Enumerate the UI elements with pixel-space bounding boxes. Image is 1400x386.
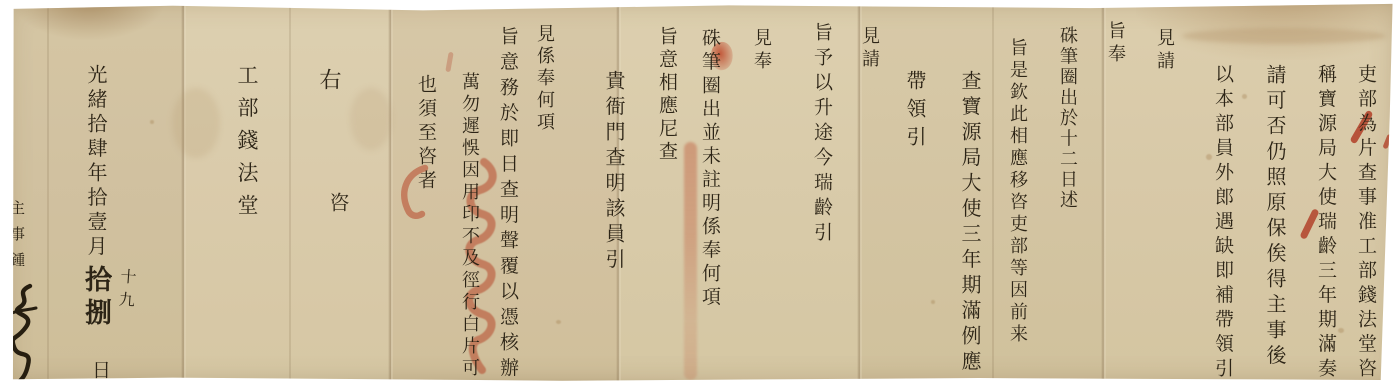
faint-crease — [47, 2, 49, 383]
text-column-10: 帶領引 — [905, 70, 925, 154]
paper-stain — [350, 88, 392, 150]
date-correction: 十九 — [116, 267, 135, 314]
foxing-spot — [1242, 94, 1247, 99]
text-column-14-elevated: 硃筆圈出並未註明係奉何項 — [700, 28, 719, 310]
text-column-16: 貴衙門查明該員引 — [604, 70, 624, 274]
photo-background: 吏部為片查事准工部錢法堂咨 稱寶源局大使瑞齡三年期滿奏 請可否仍照原保俟得主事後… — [0, 0, 1400, 386]
foxing-spot — [150, 120, 154, 124]
text-column-15-elevated: 旨意相應尼查 — [657, 26, 676, 164]
text-column-3: 請可否仍照原保俟得主事後 — [1265, 64, 1285, 370]
date-era-line: 光緒拾肆年拾壹月 — [86, 64, 106, 260]
paper-stain — [14, 0, 164, 40]
fold-crease — [181, 2, 186, 383]
text-column-13-elevated: 見奉 — [752, 28, 770, 74]
faint-crease — [992, 2, 994, 383]
text-column-20: 也須至咨者 — [416, 74, 435, 194]
text-column-19: 萬勿遲悞因用印不及徑行白片可 — [460, 72, 478, 380]
signature-flourish — [6, 283, 44, 385]
text-column-11-elevated: 見請 — [860, 26, 878, 72]
manuscript-paper: 吏部為片查事准工部錢法堂咨 稱寶源局大使瑞齡三年期滿奏 請可否仍照原保俟得主事後… — [6, 2, 1396, 383]
paper-stain — [1136, 0, 1400, 60]
text-column-4: 以本部員外郎遇缺即補帶領引 — [1213, 64, 1232, 383]
text-column-17-elevated: 見係奉何項 — [535, 24, 553, 134]
paper-panel-5 — [184, 2, 390, 383]
date-day: 拾捌 — [82, 265, 109, 331]
text-column-12-elevated: 旨予以升途今瑞齡引 — [812, 22, 831, 247]
date-day-unit: 日 — [90, 360, 109, 379]
foxing-spot — [1338, 328, 1344, 333]
text-column-7-elevated: 硃筆圈出於十二日述 — [1058, 26, 1076, 211]
paper-stain — [1182, 28, 1386, 44]
red-faint-dash — [445, 52, 453, 73]
text-column-18-elevated: 旨意務於即日查明聲覆以憑核辦 — [498, 26, 517, 383]
closing-right-marker: 右 — [317, 68, 339, 90]
foxing-spot — [931, 300, 935, 304]
text-column-1: 吏部為片查事准工部錢法堂咨 — [1356, 64, 1375, 383]
signoff-official: 主事鍾 — [9, 200, 24, 278]
text-column-9: 查寶源局大使三年期滿例應 — [960, 70, 980, 376]
faint-crease — [289, 2, 291, 383]
text-column-6-elevated: 旨奉 — [1106, 21, 1124, 67]
closing-zi-marker: 咨 — [328, 192, 348, 212]
text-column-5-elevated: 見請 — [1155, 28, 1173, 74]
red-faded-streak — [684, 142, 697, 380]
red-right-edge-tick — [1382, 134, 1392, 150]
foxing-spot — [556, 320, 561, 324]
text-column-2: 稱寶源局大使瑞齡三年期滿奏 — [1316, 64, 1335, 383]
paper-stain — [172, 88, 220, 158]
text-column-8-elevated: 旨是欽此相應移咨吏部等因前来 — [1008, 38, 1026, 346]
closing-recipient: 工部錢法堂 — [236, 64, 257, 227]
